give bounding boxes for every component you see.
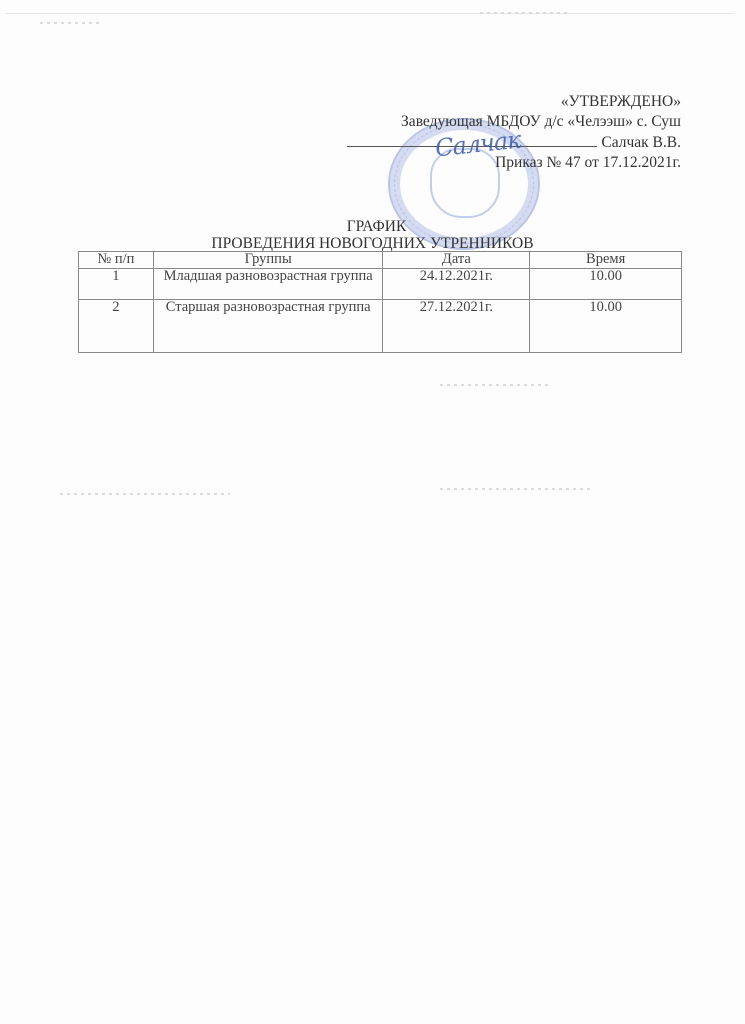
cell-group: Младшая разновозрастная группа [153,269,383,300]
scan-artifact [480,12,570,14]
scan-artifact [440,488,590,490]
cell-date: 27.12.2021г. [383,300,530,353]
cell-number: 1 [79,269,154,300]
table-row: 1 Младшая разновозрастная группа 24.12.2… [79,269,682,300]
document-title: ГРАФИК ПРОВЕДЕНИЯ НОВОГОДНИХ УТРЕННИКОВ [0,218,745,252]
header-date: Дата [383,252,530,269]
order-reference: Приказ № 47 от 17.12.2021г. [347,153,681,173]
table-row: 2 Старшая разновозрастная группа 27.12.2… [79,300,682,353]
scan-artifact [40,22,100,24]
document-page: «УТВЕРЖДЕНО» Заведующая МБДОУ д/с «Челээ… [0,0,745,1024]
header-number: № п/п [79,252,154,269]
header-groups: Группы [153,252,383,269]
title-line-1: ГРАФИК [0,218,745,235]
cell-group: Старшая разновозрастная группа [153,300,383,353]
title-line-2: ПРОВЕДЕНИЯ НОВОГОДНИХ УТРЕННИКОВ [0,235,745,252]
table-header-row: № п/п Группы Дата Время [79,252,682,269]
approval-heading: «УТВЕРЖДЕНО» [347,92,681,112]
cell-time: 10.00 [530,300,682,353]
scan-artifact [60,493,230,495]
cell-date: 24.12.2021г. [383,269,530,300]
scan-artifact [440,384,550,386]
scan-artifact-line [5,13,733,14]
schedule-table: № п/п Группы Дата Время 1 Младшая разнов… [78,251,682,353]
cell-time: 10.00 [530,269,682,300]
cell-number: 2 [79,300,154,353]
header-time: Время [530,252,682,269]
approver-name: Салчак В.В. [601,134,681,151]
